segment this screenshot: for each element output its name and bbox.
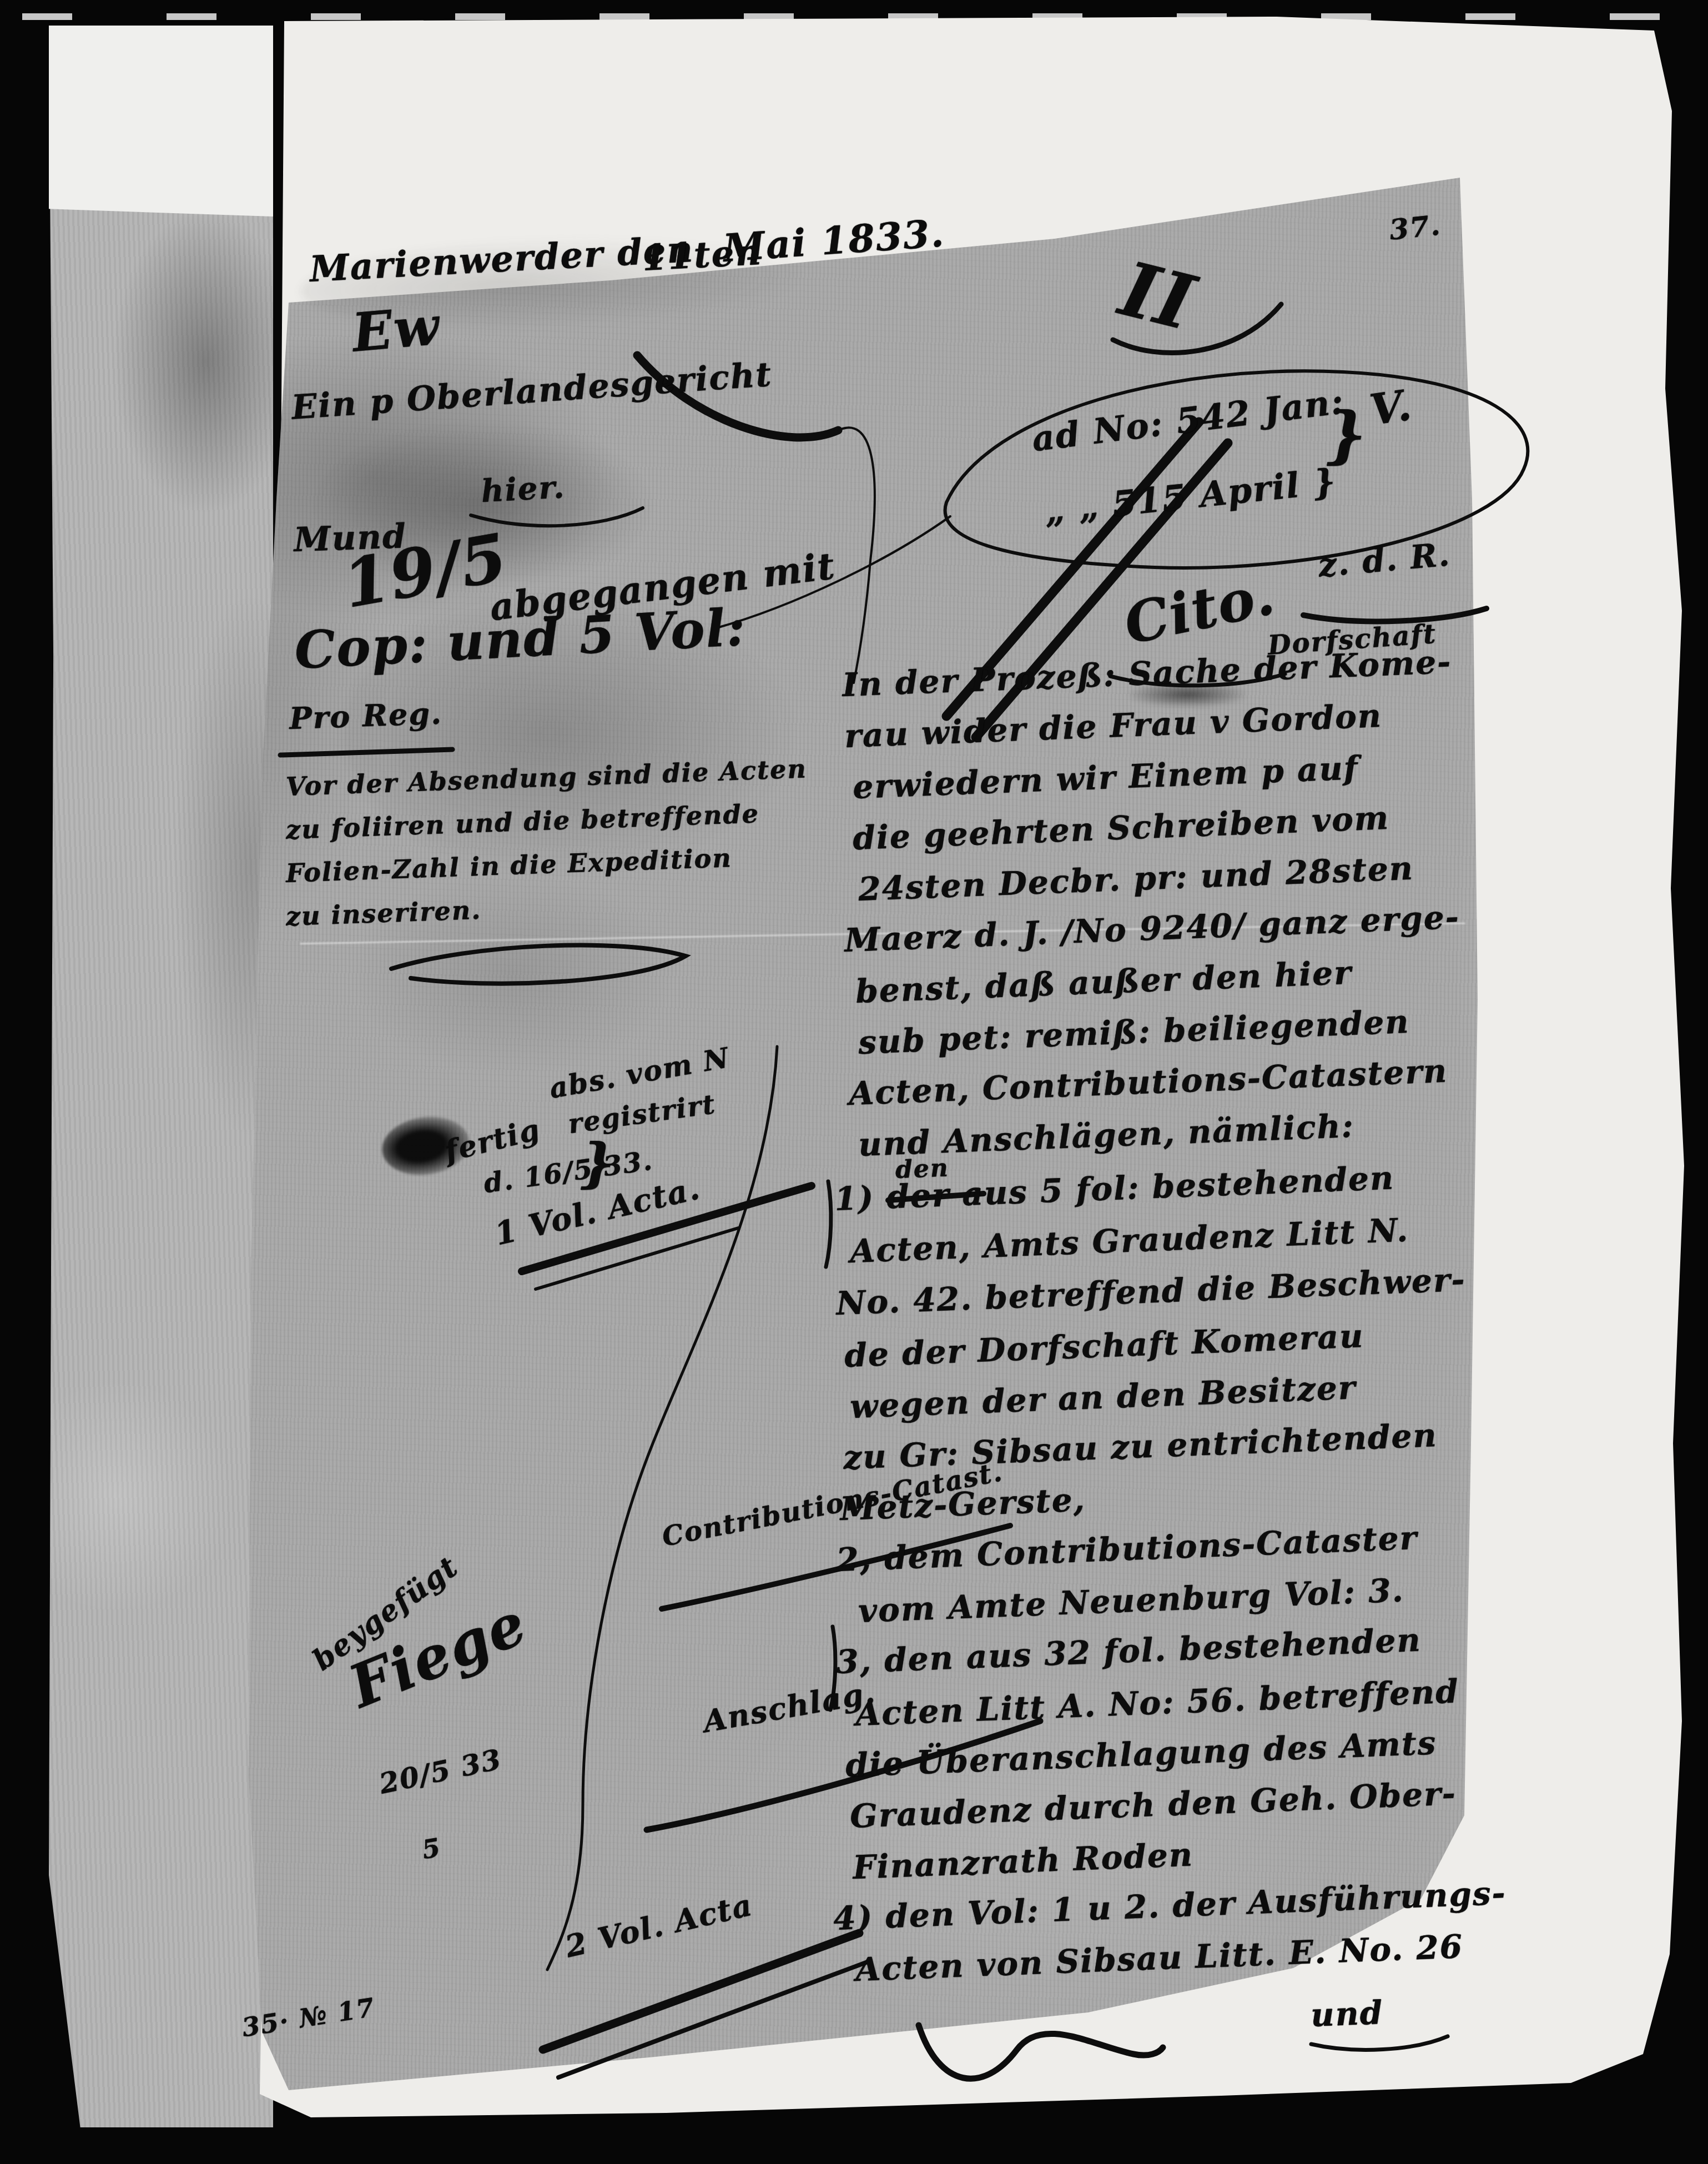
previous-leaf-top-margin [49, 26, 273, 217]
hw-header-reference_brace: } [1327, 399, 1367, 470]
hw-address_block-place: hier. [480, 469, 566, 510]
hw-registry_instruction-title: Pro Reg. [289, 695, 443, 736]
hw-marginalia-done_brace: } [581, 1133, 616, 1194]
hw-body-b27: und [1310, 1994, 1384, 2034]
previous-leaf-edge [49, 26, 273, 2127]
document-scan: Scanned handwritten archival letter page… [0, 0, 1708, 2164]
hw-header-reference_initial: V. [1367, 380, 1415, 435]
hw-address_block-salutation: Ew [350, 295, 442, 364]
hw-header-folio_number: 37. [1388, 208, 1443, 246]
